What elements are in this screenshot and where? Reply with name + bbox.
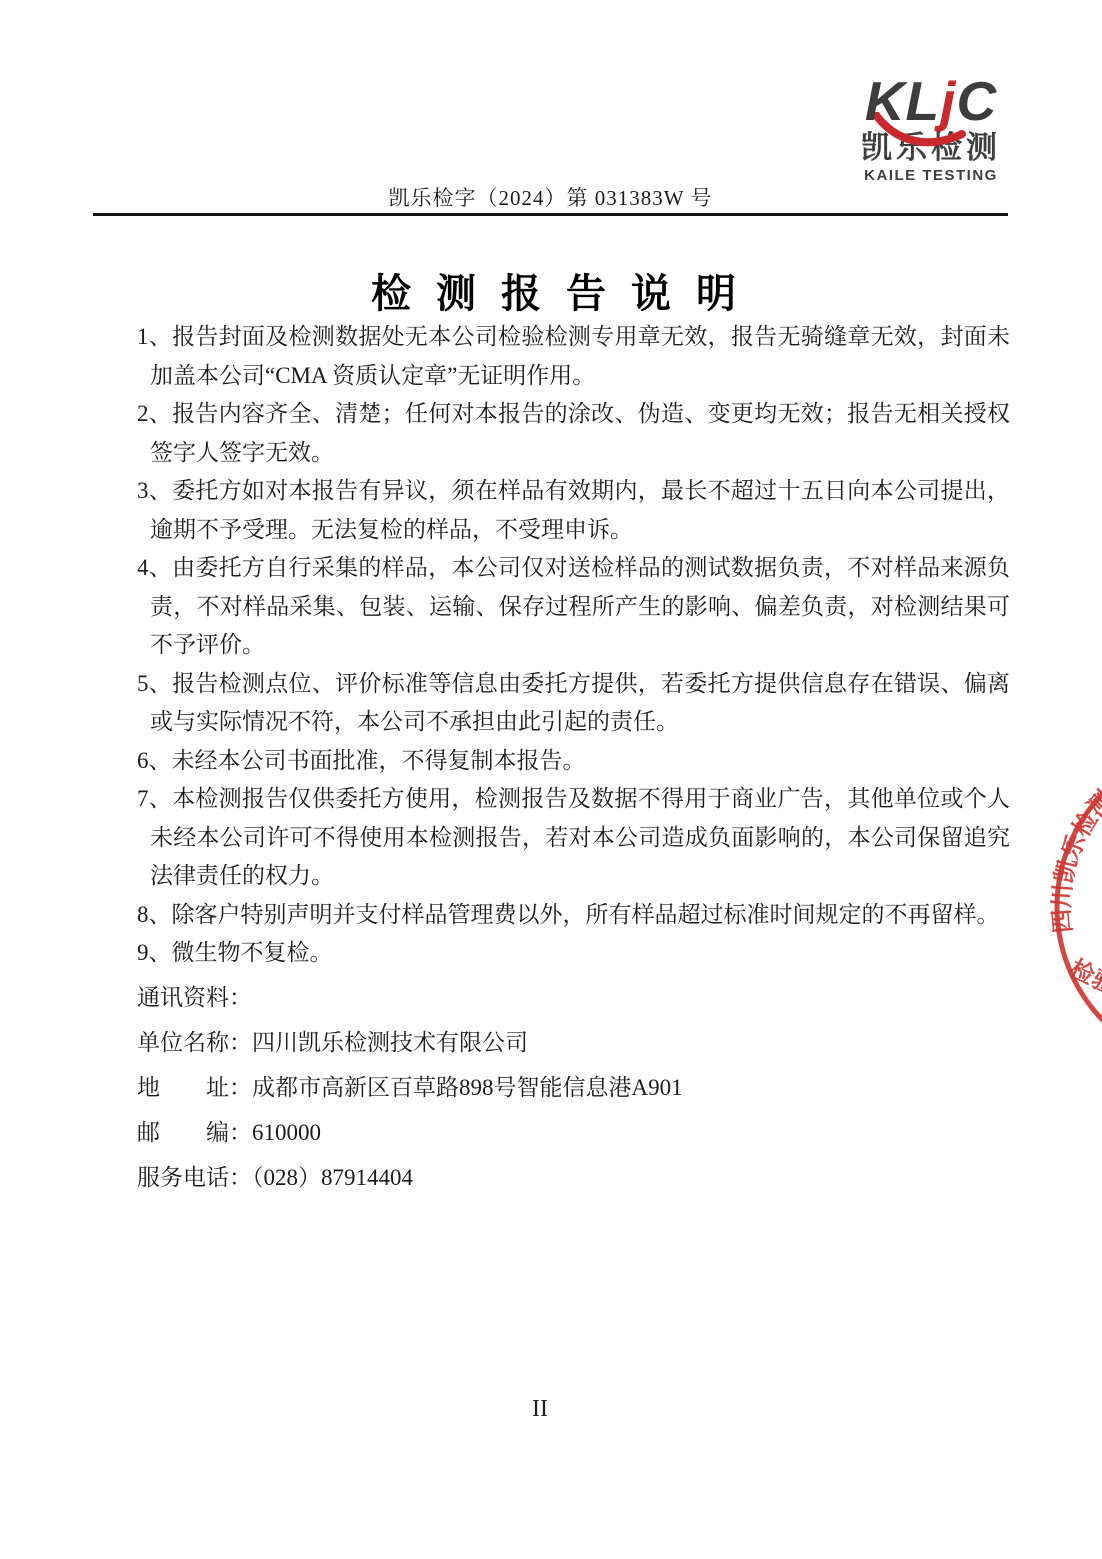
note-text: 微生物不复检。 (172, 940, 333, 965)
note-item: 2、报告内容齐全、清楚；任何对本报告的涂改、伪造、变更均无效；报告无相关授权签字… (137, 395, 1010, 472)
contact-value: 610000 (252, 1120, 321, 1145)
report-notes: 1、报告封面及检测数据处无本公司检验检测专用章无效，报告无骑缝章无效，封面未加盖… (137, 318, 1010, 1200)
contact-row-company: 单位名称：四川凯乐检测技术有限公司 (137, 1020, 1010, 1065)
note-item: 8、除客户特别声明并支付样品管理费以外，所有样品超过标准时间规定的不再留样。 (137, 896, 1010, 935)
seal-inner-text: 检验 (1065, 954, 1102, 1000)
note-item: 1、报告封面及检测数据处无本公司检验检测专用章无效，报告无骑缝章无效，封面未加盖… (137, 318, 1010, 395)
note-text: 报告检测点位、评价标准等信息由委托方提供，若委托方提供信息存在错误、偏离或与实际… (150, 671, 1010, 735)
seal-ring-text: 四川凯乐检测技术 (1049, 754, 1102, 934)
contact-info: 通讯资料： 单位名称：四川凯乐检测技术有限公司 地 址：成都市高新区百草路898… (137, 975, 1010, 1200)
contact-row-phone: 服务电话：（028）87914404 (137, 1155, 1010, 1200)
document-number: 凯乐检字（2024）第 031383W 号 (93, 182, 1008, 212)
note-number: 5、 (137, 671, 172, 696)
contact-label: 邮 编： (137, 1120, 252, 1145)
note-text: 报告内容齐全、清楚；任何对本报告的涂改、伪造、变更均无效；报告无相关授权签字人签… (150, 401, 1010, 465)
note-text: 报告封面及检测数据处无本公司检验检测专用章无效，报告无骑缝章无效，封面未加盖本公… (150, 324, 1010, 388)
contact-label: 服务电话： (137, 1165, 252, 1190)
report-page: KLjC 凯乐检测 KAILE TESTING 凯乐检字（2024）第 0313… (0, 0, 1102, 1559)
note-text: 未经本公司书面批准，不得复制本报告。 (172, 748, 586, 773)
note-item: 3、委托方如对本报告有异议，须在样品有效期内，最长不超过十五日向本公司提出，逾期… (137, 472, 1010, 549)
seal-icon: 四川凯乐检测技术 检验 (1020, 735, 1102, 1085)
contact-value: 成都市高新区百草路898号智能信息港A901 (252, 1075, 683, 1100)
logo-wordmark: KLjC (856, 72, 1006, 130)
note-item: 4、由委托方自行采集的样品，本公司仅对送检样品的测试数据负责，不对样品来源负责，… (137, 549, 1010, 665)
logo-letter-c: C (956, 70, 997, 132)
logo-letter-j: j (940, 70, 956, 132)
contact-value: 四川凯乐检测技术有限公司 (252, 1030, 528, 1055)
contact-label: 地 址： (137, 1075, 252, 1100)
note-item: 6、未经本公司书面批准，不得复制本报告。 (137, 742, 1010, 781)
note-number: 7、 (137, 786, 172, 811)
note-item: 7、本检测报告仅供委托方使用，检测报告及数据不得用于商业广告，其他单位或个人未经… (137, 780, 1010, 896)
contact-row-address: 地 址：成都市高新区百草路898号智能信息港A901 (137, 1065, 1010, 1110)
note-text: 由委托方自行采集的样品，本公司仅对送检样品的测试数据负责，不对样品来源负责，不对… (150, 555, 1010, 657)
note-number: 9、 (137, 940, 172, 965)
contact-row-postcode: 邮 编：610000 (137, 1110, 1010, 1155)
note-text: 委托方如对本报告有异议，须在样品有效期内，最长不超过十五日向本公司提出，逾期不予… (150, 478, 1010, 542)
page-number: II (0, 1396, 1080, 1423)
note-text: 本检测报告仅供委托方使用，检测报告及数据不得用于商业广告，其他单位或个人未经本公… (150, 786, 1010, 888)
contact-label: 单位名称： (137, 1030, 252, 1055)
note-item: 5、报告检测点位、评价标准等信息由委托方提供，若委托方提供信息存在错误、偏离或与… (137, 665, 1010, 742)
note-text: 除客户特别声明并支付样品管理费以外，所有样品超过标准时间规定的不再留样。 (172, 902, 1000, 927)
page-title: 检 测 报 告 说 明 (100, 262, 1010, 319)
contact-heading: 通讯资料： (137, 975, 1010, 1020)
note-number: 8、 (137, 902, 172, 927)
svg-text:四川凯乐检测技术: 四川凯乐检测技术 (1049, 754, 1102, 934)
note-number: 2、 (137, 401, 172, 426)
note-number: 4、 (137, 555, 172, 580)
header-rule (93, 213, 1008, 216)
note-number: 6、 (137, 748, 172, 773)
company-seal-stamp: 四川凯乐检测技术 检验 (1020, 735, 1102, 1085)
note-number: 3、 (137, 478, 172, 503)
contact-value: （028）87914404 (252, 1165, 413, 1190)
logo-letters-kl: KL (865, 70, 940, 132)
note-number: 1、 (137, 324, 172, 349)
company-logo: KLjC 凯乐检测 KAILE TESTING (856, 72, 1006, 186)
note-item: 9、微生物不复检。 (137, 934, 1010, 973)
